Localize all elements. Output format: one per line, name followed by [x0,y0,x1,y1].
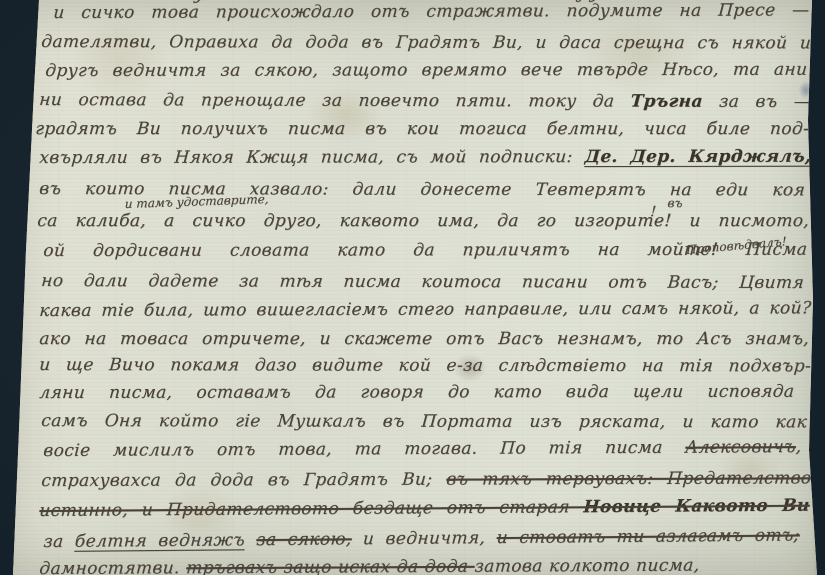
manuscript-line-14: ляни писма, оставамъ да говоря до като в… [39,382,795,403]
manuscript-line-4: ни остава да пренощале за повечто пяти. … [39,90,812,112]
manuscript-line-15: самъ Оня който гіе Мушкалъ въ Портата из… [41,411,808,432]
text-segment: за въ — [702,92,812,112]
interlinear-insertion-2: ! [650,204,657,220]
text-segment: и сичко това происхождало отъ стражятви.… [53,0,811,23]
manuscript-line-20: дамностятви. тръгвахъ защо исках да дода… [39,556,701,575]
manuscript-line-13: и ще Вичо покамя дазо видите кой е-за сл… [39,355,812,376]
manuscript-line-6: хвърляли въ Някоя Кжщя писма, съ мой под… [39,147,812,168]
text-segment: восіе мислилъ отъ това, та тогава. По ті… [43,438,686,461]
text-segment: затова колкото писма, [474,556,700,575]
manuscript-line-2: дателятви, Оправиха да дода въ Градятъ В… [41,32,812,53]
manuscript-line-17: страхувахса да дода въ Градятъ Ви; въ тя… [41,468,813,491]
struck-text-segment: за сякою, [256,529,353,550]
text-segment: , [795,437,802,457]
text-segment: за [43,532,76,552]
manuscript-line-8: са калиба, а сичко друго, каквото има, д… [37,211,810,231]
text-segment: Тръгна [630,92,704,112]
text-segment: хвърляли въ Някоя Кжщя писма, съ мой под… [39,147,586,168]
manuscript-line-1: и сичко това происхождало отъ стражятви.… [53,0,811,23]
interlinear-insertion-6: ј у [579,0,601,3]
manuscript-line-10: но дали дадете за тѣя писма коитоса писа… [41,271,805,293]
handwriting-layer: и сичко това происхождало отъ стражятви.… [0,0,825,575]
underlined-text-segment: белтня ведняжъ [74,530,245,551]
struck-text-segment: Алексовичъ [685,437,797,458]
text-segment: страхувахса да дода въ Градятъ Ви; [41,470,447,491]
text-segment: дателятви, Оправиха да дода въ Градятъ В… [41,32,812,53]
interlinear-insertion-3: въ [667,196,683,210]
manuscript-line-16: восіе мислилъ отъ това, та тогава. По ті… [43,437,803,461]
underlined-text-segment: дамностятви. [39,558,187,575]
text-segment: ляни писма, оставамъ да говоря до като в… [39,382,795,403]
struck-text-segment: тръгвахъ защо исках да дода [186,557,476,575]
manuscript-line-3: другъ ведничтя за сякою, защото времято … [45,60,808,81]
text-segment: са калиба, а сичко друго, каквото има, д… [37,211,810,231]
struck-text-segment: въ тяхъ тервувахъ: Предателство [446,468,813,489]
text-segment: другъ ведничтя за сякою, защото времято … [45,60,808,81]
text-segment: каква тіе била, што вишегласіемъ стего н… [39,298,813,321]
text-segment: и ще Вичо покамя дазо видите кой е-за сл… [39,355,812,376]
text-segment: и ведничтя, [351,528,497,549]
text-segment: ни остава да пренощале за повечто пяти. … [39,90,632,112]
text-segment: но дали дадете за тѣя писма коитоса писа… [41,271,805,293]
manuscript-line-12: ако на товаса отричете, и скажете отъ Ва… [39,329,810,349]
manuscript-line-19: за белтня ведняжъ за сякою, и ведничтя, … [43,525,801,552]
interlinear-insertion-5: у и [194,0,222,4]
paper-sheet: и сичко това происхождало отъ стражятви.… [0,0,825,575]
struck-text-segment: Новице Каквото Ви [583,496,811,518]
manuscript-line-11: каква тіе била, што вишегласіемъ стего н… [39,298,813,321]
struck-text-segment: истинно, и Придателството бездаще отъ ст… [39,497,584,521]
manuscript-line-18: истинно, и Придателството бездаще отъ ст… [39,496,811,521]
text-segment: градятъ Ви получихъ писма въ кои тогиса … [35,119,810,139]
manuscript-line-5: градятъ Ви получихъ писма въ кои тогиса … [35,119,810,139]
text-segment: самъ Оня който гіе Мушкалъ въ Портата из… [41,411,808,432]
underlined-text-segment: Де. Дер. Кярджялъ, [584,147,812,167]
manuscript-photo: и сичко това происхождало отъ стражятви.… [0,0,825,575]
struck-text-segment: и стоватъ ти азлагамъ отъ; [496,525,800,548]
text-segment: ако на товаса отричете, и скажете отъ Ва… [39,329,810,349]
